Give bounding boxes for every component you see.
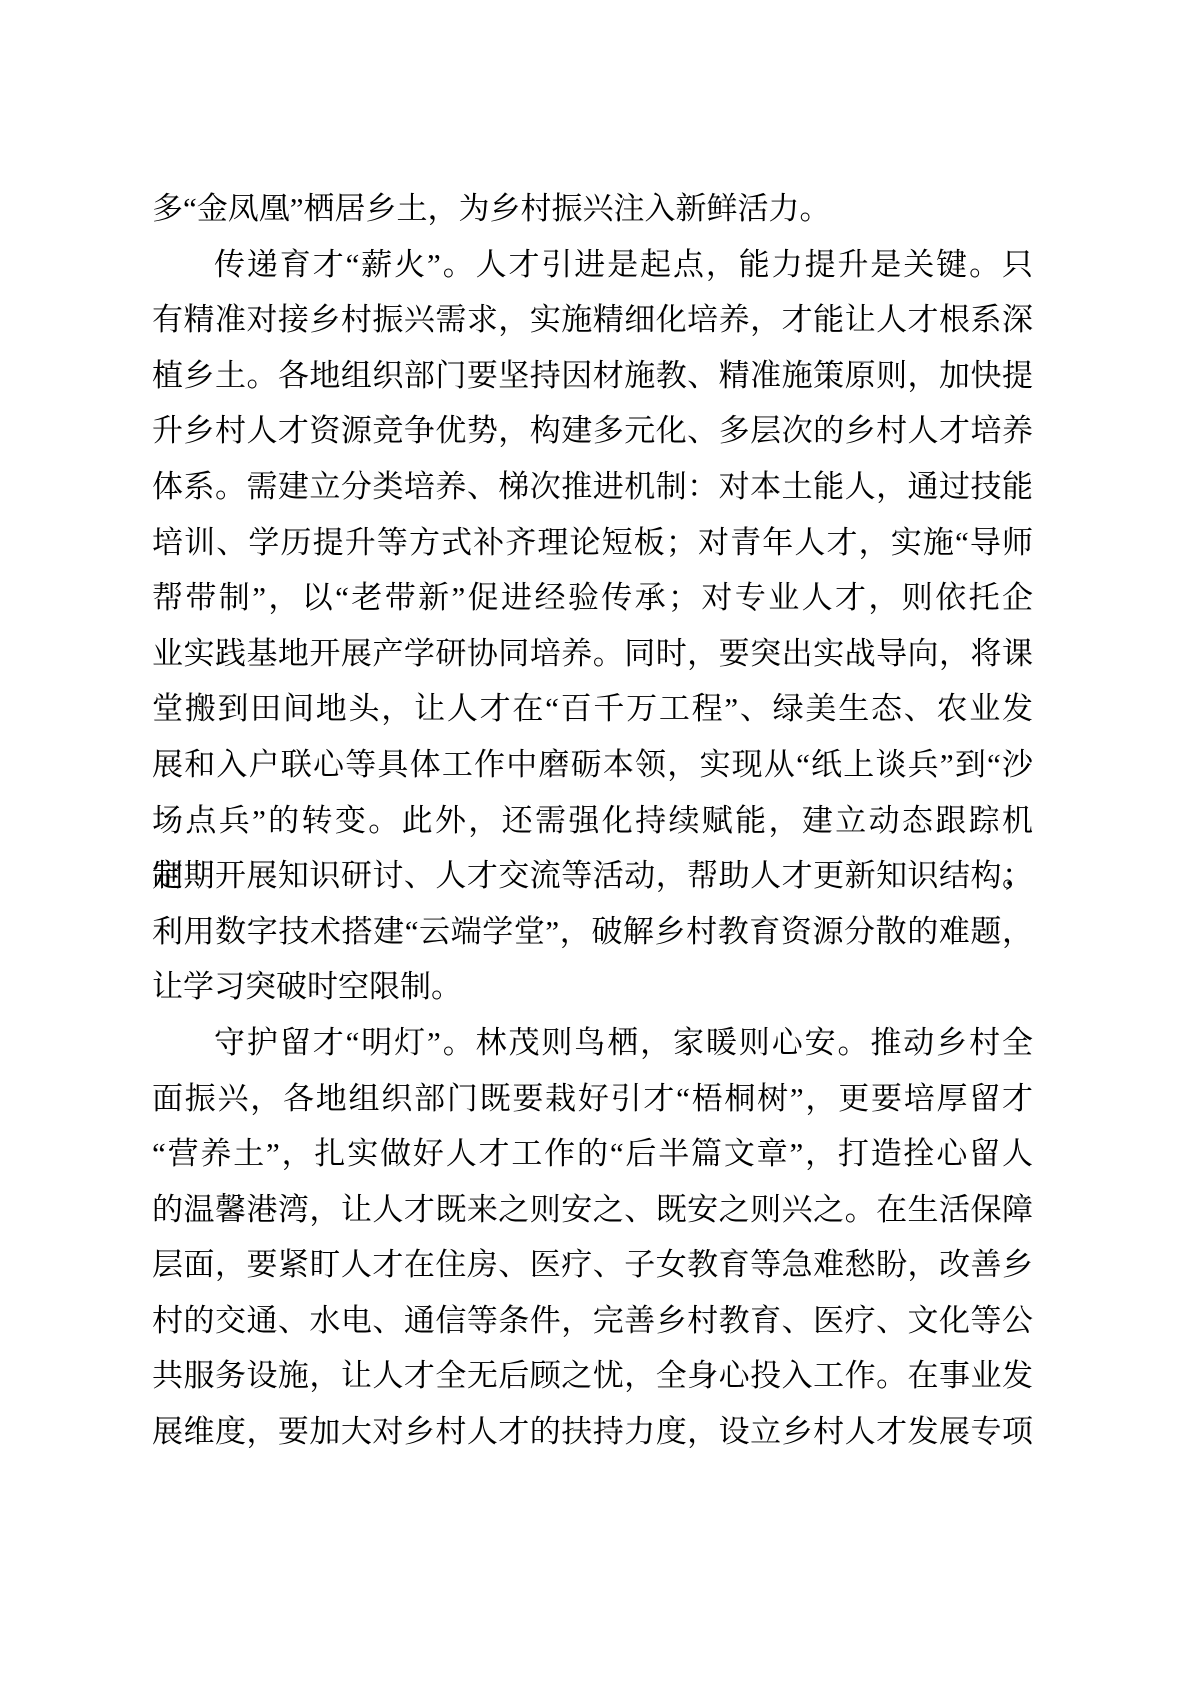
paragraph-liucai: 守护留才“明灯”。林茂则鸟栖，家暖则心安。推动乡村全面振兴，各地组织部门既要栽好… [152, 1015, 1033, 1460]
text-line: 面振兴，各地组织部门既要栽好引才“梧桐树”，更要培厚留才 [152, 1071, 1033, 1127]
text-line: 培训、学历提升等方式补齐理论短板；对青年人才，实施“导师 [152, 515, 1033, 571]
text-line: 升乡村人才资源竞争优势，构建多元化、多层次的乡村人才培养 [152, 403, 1033, 459]
text-line: 植乡土。各地组织部门要坚持因材施教、精准施策原则，加快提 [152, 348, 1033, 404]
text-line: 堂搬到田间地头，让人才在“百千万工程”、绿美生态、农业发 [152, 681, 1033, 737]
document-body-text: 多“金凤凰”栖居乡土，为乡村振兴注入新鲜活力。传递育才“薪火”。人才引进是起点，… [152, 181, 1033, 1460]
text-line: 共服务设施，让人才全无后顾之忧，全身心投入工作。在事业发 [152, 1348, 1033, 1404]
paragraph-continuation: 多“金凤凰”栖居乡土，为乡村振兴注入新鲜活力。 [152, 181, 1033, 237]
text-line: 有精准对接乡村振兴需求，实施精细化培养，才能让人才根系深 [152, 292, 1033, 348]
text-line: 利用数字技术搭建“云端学堂”，破解乡村教育资源分散的难题， [152, 904, 1033, 960]
text-line: “营养土”，扎实做好人才工作的“后半篇文章”，打造拴心留人 [152, 1126, 1033, 1182]
document-page: 多“金凤凰”栖居乡土，为乡村振兴注入新鲜活力。传递育才“薪火”。人才引进是起点，… [0, 0, 1190, 1683]
text-line: 业实践基地开展产学研协同培养。同时，要突出实战导向，将课 [152, 626, 1033, 682]
paragraph-yucai: 传递育才“薪火”。人才引进是起点，能力提升是关键。只有精准对接乡村振兴需求，实施… [152, 237, 1033, 1015]
text-line: 场点兵”的转变。此外，还需强化持续赋能，建立动态跟踪机制。 [152, 793, 1033, 849]
text-line: 定期开展知识研讨、人才交流等活动，帮助人才更新知识结构； [152, 848, 1033, 904]
text-line: 的温馨港湾，让人才既来之则安之、既安之则兴之。在生活保障 [152, 1182, 1033, 1238]
text-line: 守护留才“明灯”。林茂则鸟栖，家暖则心安。推动乡村全 [152, 1015, 1033, 1071]
text-line: 村的交通、水电、通信等条件，完善乡村教育、医疗、文化等公 [152, 1293, 1033, 1349]
text-line: 帮带制”，以“老带新”促进经验传承；对专业人才，则依托企 [152, 570, 1033, 626]
text-line: 展维度，要加大对乡村人才的扶持力度，设立乡村人才发展专项 [152, 1404, 1033, 1460]
text-line: 层面，要紧盯人才在住房、医疗、子女教育等急难愁盼，改善乡 [152, 1237, 1033, 1293]
text-line: 多“金凤凰”栖居乡土，为乡村振兴注入新鲜活力。 [152, 181, 1033, 237]
text-line: 传递育才“薪火”。人才引进是起点，能力提升是关键。只 [152, 237, 1033, 293]
text-line: 体系。需建立分类培养、梯次推进机制：对本土能人，通过技能 [152, 459, 1033, 515]
text-line: 展和入户联心等具体工作中磨砺本领，实现从“纸上谈兵”到“沙 [152, 737, 1033, 793]
text-line: 让学习突破时空限制。 [152, 959, 1033, 1015]
